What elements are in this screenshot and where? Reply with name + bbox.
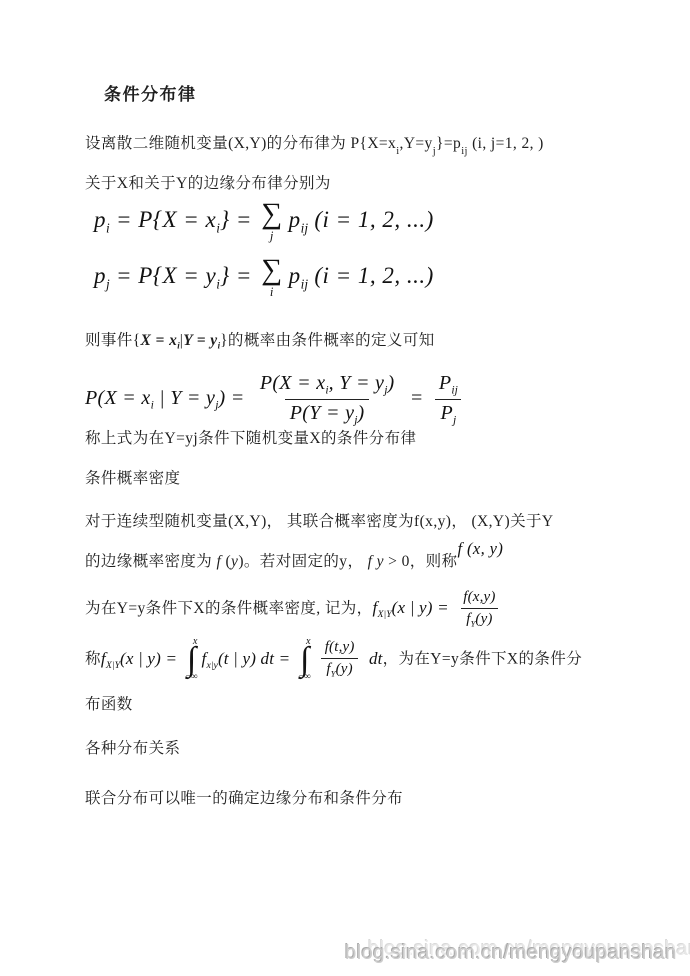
text-run: ，为在Y=y条件下X的条件分: [383, 651, 582, 668]
text-run: 的边缘概率密度为: [85, 553, 216, 570]
paragraph-marginal-density: 的边缘概率密度为 f (y)。若对固定的y， f y > 0，则称f (x, y…: [85, 551, 503, 572]
math-token: P(X = x: [85, 387, 151, 409]
math-token: p: [289, 263, 301, 288]
math-token: X = x: [141, 332, 178, 349]
math-token: = P{X = y: [110, 263, 217, 288]
section-heading-distribution-relations: 各种分布关系: [85, 739, 180, 758]
math-token: | Y = y: [154, 387, 215, 409]
text-run: (i, j=1, 2, ): [468, 135, 544, 152]
text-run: )。若对固定的y，: [238, 553, 367, 570]
fraction: PijPj: [434, 372, 463, 427]
raised-formula-fxy: f (x, y): [457, 539, 503, 558]
subscript: ij: [301, 220, 308, 235]
math-token: (i = 1, 2, ...): [308, 207, 434, 232]
sigma-glyph: ∑: [261, 201, 283, 229]
summation-symbol: ∑j: [261, 201, 283, 243]
subscript: ij: [301, 276, 308, 291]
fraction: f(t,y)fY(y): [320, 639, 360, 680]
math-token: P(Y = y: [290, 402, 354, 424]
math-token: P: [439, 372, 452, 394]
summation-index: j: [270, 230, 274, 243]
document-page: 条件分布律 设离散二维随机变量(X,Y)的分布律为 P{X=xi,Y=yj}=p…: [0, 0, 690, 976]
math-token: (t | y) dt =: [218, 649, 295, 668]
fraction: P(X = xi, Y = yj)P(Y = yj): [255, 372, 400, 427]
subscript: X|Y: [377, 609, 391, 620]
math-token: (i = 1, 2, ...): [308, 263, 434, 288]
integral-lower-limit: −∞: [299, 674, 311, 681]
fraction-numerator: f(x,y): [458, 589, 500, 608]
fraction-denominator: Pj: [435, 399, 461, 427]
formula-conditional-cdf: fX|Y(x | y) = x∫−∞fx|y(t | y) dt = x∫−∞f…: [101, 649, 383, 668]
math-token: = P{X = x: [110, 207, 217, 232]
math-token: } =: [220, 207, 258, 232]
text-run: (: [221, 553, 231, 570]
watermark-blog-url: blog.sina.com.cn/mengyoupanshan: [345, 941, 677, 965]
fraction-denominator: fY(y): [461, 608, 497, 629]
math-token: ) =: [218, 387, 249, 409]
subscript: j: [453, 414, 456, 427]
text-run: 设离散二维随机变量(X,Y)的分布律为 P{X=x: [85, 135, 396, 152]
math-token: f y: [368, 553, 384, 570]
math-token: =: [404, 387, 428, 409]
formula-marginal-y: pj = P{X = yi} = ∑ipij (i = 1, 2, ...): [94, 257, 434, 299]
paragraph-marginal-intro: 关于X和关于Y的边缘分布律分别为: [85, 174, 331, 193]
sigma-glyph: ∑: [261, 257, 283, 285]
text-run: ,Y=y: [400, 135, 433, 152]
subscript: ij: [451, 384, 457, 397]
paragraph-distribution-law: 设离散二维随机变量(X,Y)的分布律为 P{X=xi,Y=yj}=pij (i,…: [85, 134, 544, 158]
paragraph-conditional-cdf: 称fX|Y(x | y) = x∫−∞fx|y(t | y) dt = x∫−∞…: [85, 638, 582, 681]
math-token: (y): [336, 661, 353, 677]
math-token: P(X = x: [260, 372, 326, 394]
paragraph-joint-determines: 联合分布可以唯一的确定边缘分布和条件分布: [85, 789, 403, 808]
text-run: }的概率由条件概率的定义可知: [220, 332, 435, 349]
section-heading-conditional-density: 条件概率密度: [85, 469, 180, 488]
fraction: f(x,y)fY(y): [458, 589, 500, 630]
paragraph-event-probability: 则事件{X = xi|Y = yi}的概率由条件概率的定义可知: [85, 331, 435, 352]
math-token: (x | y) =: [392, 598, 454, 617]
formula-conditional-density: fX|Y(x | y) = f(x,y)fY(y): [373, 598, 506, 617]
paragraph-conditional-density-def: 为在Y=y条件下X的条件概率密度, 记为，fX|Y(x | y) = f(x,y…: [85, 589, 506, 630]
fraction-numerator: Pij: [434, 372, 463, 399]
math-token: P: [440, 402, 453, 424]
integral-symbol: x∫−∞: [186, 638, 198, 681]
math-token: } =: [220, 263, 258, 288]
integral-lower-limit: −∞: [186, 674, 198, 681]
formula-conditional-probability: P(X = xi | Y = yj) = P(X = xi, Y = yj)P(…: [85, 372, 468, 427]
math-token: ): [358, 402, 365, 424]
math-token: p: [94, 263, 106, 288]
paragraph-cdf-wrap: 布函数: [85, 695, 133, 714]
text-run: 则事件{: [85, 332, 141, 349]
math-token: , Y = y: [329, 372, 385, 394]
fraction-denominator: fY(y): [321, 658, 357, 679]
text-run: 称: [85, 651, 101, 668]
math-token: f(t,y): [325, 639, 355, 655]
math-token: f(x,y): [463, 589, 495, 605]
fraction-denominator: P(Y = yj): [285, 399, 370, 427]
subscript: x|y: [206, 659, 217, 670]
subscript: X|Y: [106, 659, 120, 670]
math-token: p: [289, 207, 301, 232]
paragraph-continuous-variable: 对于连续型随机变量(X,Y)， 其联合概率密度为f(x,y)， (X,Y)关于Y: [85, 512, 553, 531]
math-token: ): [387, 372, 394, 394]
paragraph-conditional-law-note: 称上式为在Y=yj条件下随机变量X的条件分布律: [85, 429, 416, 448]
page-title: 条件分布律: [104, 80, 197, 105]
fraction-numerator: f(t,y): [320, 639, 360, 658]
math-token: Y = y: [183, 332, 217, 349]
math-token: (y): [475, 611, 492, 627]
text-run: 为在Y=y条件下X的条件概率密度, 记为，: [85, 600, 373, 617]
math-token: (x | y) =: [120, 649, 182, 668]
math-token: p: [94, 207, 106, 232]
formula-marginal-x: pi = P{X = xi} = ∑jpij (i = 1, 2, ...): [94, 201, 434, 243]
math-token: dt: [365, 649, 383, 668]
text-run: > 0，则称: [384, 553, 458, 570]
integral-symbol: x∫−∞: [299, 638, 311, 681]
subscript: ij: [461, 146, 468, 157]
summation-symbol: ∑i: [261, 257, 283, 299]
fraction-numerator: P(X = xi, Y = yj): [255, 372, 400, 399]
summation-index: i: [270, 286, 274, 299]
text-run: }=p: [436, 135, 461, 152]
